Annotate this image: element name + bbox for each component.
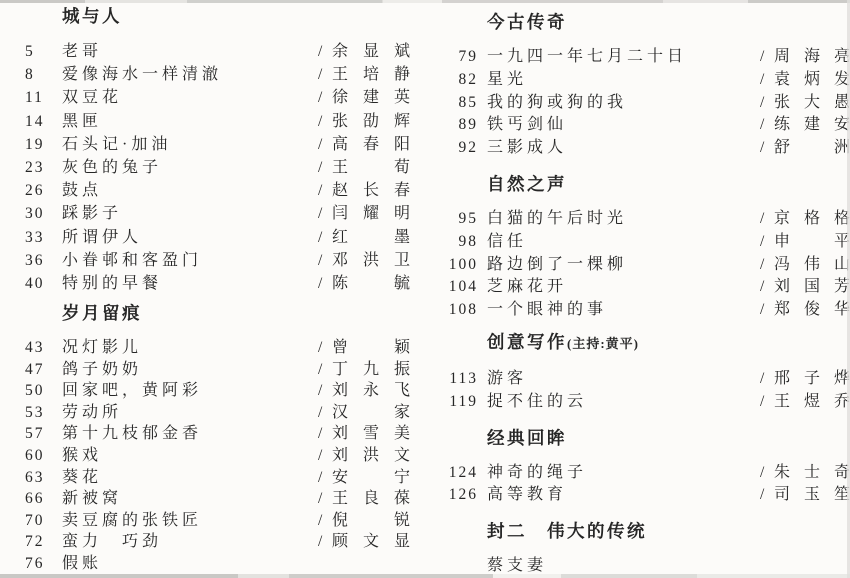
page-number: 108 xyxy=(410,299,478,322)
entry-author-group: /汉 家 xyxy=(318,402,410,424)
entry-author-group: /刘雪美 xyxy=(318,423,410,445)
entry-title: 游客 xyxy=(487,368,760,391)
entry-author: 陈 毓 xyxy=(332,272,410,295)
toc-row: 8爱像海水一样清澈/王培静 xyxy=(0,63,410,86)
toc-row: 89铁丐剑仙/练建安 xyxy=(410,114,850,137)
entry-title: 信任 xyxy=(487,231,760,254)
entry-author-group: /王 荀 xyxy=(318,156,410,179)
entry-title: 神奇的绳子 xyxy=(487,462,760,485)
toc-section: 自然之声95白猫的午后时光/京格格98信任/申 平100路边倒了一棵柳/冯伟山1… xyxy=(410,172,850,322)
toc-row: 104芝麻花开/刘国芳 xyxy=(410,276,850,299)
author-separator: / xyxy=(760,114,774,137)
entry-author-group: /申 平 xyxy=(760,231,850,254)
section-title: 封二 伟大的传统 xyxy=(410,519,850,543)
section-title: 今古传奇 xyxy=(410,10,850,34)
entry-author: 王 荀 xyxy=(332,156,410,179)
page-number: 11 xyxy=(0,86,52,109)
toc-row: 119捉不住的云/王煜乔 xyxy=(410,391,850,414)
entry-author: 顾文显 xyxy=(332,531,410,553)
author-separator: / xyxy=(760,231,774,254)
author-separator: / xyxy=(318,467,332,489)
entry-author-group: /刘洪文 xyxy=(318,445,410,467)
author-separator: / xyxy=(760,276,774,299)
toc-column-left: 城与人5老哥/余显斌8爱像海水一样清澈/王培静11双豆花/徐建英14黑匣/张劭辉… xyxy=(0,0,410,578)
entry-author-group: /余显斌 xyxy=(318,40,410,63)
entry-author-group: /张大愚 xyxy=(760,92,850,115)
toc-section: 今古传奇79一九四一年七月二十日/周海亮82星光/袁炳发85我的狗或狗的我/张大… xyxy=(410,10,850,160)
toc-row: 66新被窝/王良葆 xyxy=(0,488,410,510)
entry-title: 老哥 xyxy=(62,40,318,63)
entry-author-group: /红 墨 xyxy=(318,226,410,249)
entry-title: 葵花 xyxy=(62,467,318,489)
entry-author-group: /邓洪卫 xyxy=(318,249,410,272)
entry-author: 司玉笙 xyxy=(774,484,850,507)
entry-author: 王良葆 xyxy=(332,488,410,510)
toc-section: 创意写作(主持:黄平)113游客/邢子烨119捉不住的云/王煜乔 xyxy=(410,330,850,414)
section-title: 城与人 xyxy=(0,4,410,28)
page-number: 82 xyxy=(410,69,478,92)
entry-author-group: /陈 毓 xyxy=(318,272,410,295)
entry-title: 特别的早餐 xyxy=(62,272,318,295)
page-number: 126 xyxy=(410,484,478,507)
author-separator: / xyxy=(760,391,774,414)
entry-author-group: /司玉笙 xyxy=(760,484,850,507)
entry-author: 朱士奇 xyxy=(774,462,850,485)
page-number: 33 xyxy=(0,226,52,249)
entry-title: 卖豆腐的张铁匠 xyxy=(62,510,318,532)
toc-row: 30踩影子/闫耀明 xyxy=(0,202,410,225)
author-separator: / xyxy=(318,531,332,553)
entry-author: 曾 颖 xyxy=(332,337,410,359)
toc-row: 53劳动所/汉 家 xyxy=(0,402,410,424)
author-separator: / xyxy=(760,46,774,69)
entry-title: 星光 xyxy=(487,69,760,92)
page-number: 23 xyxy=(0,156,52,179)
toc-row: 33所谓伊人/红 墨 xyxy=(0,226,410,249)
entry-title: 假账 xyxy=(62,553,318,575)
entry-author-group: /顾文显 xyxy=(318,531,410,553)
page-number: 119 xyxy=(410,391,478,414)
section-title: 自然之声 xyxy=(410,172,850,196)
entry-author: 周海亮 xyxy=(774,46,850,69)
toc-row: 40特别的早餐/陈 毓 xyxy=(0,272,410,295)
entry-title: 新被窝 xyxy=(62,488,318,510)
entry-author: 王煜乔 xyxy=(774,391,850,414)
entry-title: 蔡支妻 xyxy=(487,555,760,578)
entry-author: 倪 锐 xyxy=(332,510,410,532)
entry-author-group: /张劭辉 xyxy=(318,110,410,133)
entry-title: 鼓点 xyxy=(62,179,318,202)
entry-author-group: /闫耀明 xyxy=(318,202,410,225)
entry-title: 回家吧，黄阿彩 xyxy=(62,380,318,402)
entry-title: 石头记·加油 xyxy=(62,133,318,156)
entry-author: 袁炳发 xyxy=(774,69,850,92)
entry-author: 刘永飞 xyxy=(332,380,410,402)
toc-row: 70卖豆腐的张铁匠/倪 锐 xyxy=(0,510,410,532)
entry-author: 邓洪卫 xyxy=(332,249,410,272)
author-separator: / xyxy=(318,40,332,63)
author-separator: / xyxy=(760,69,774,92)
author-separator: / xyxy=(318,86,332,109)
toc-section: 经典回眸124神奇的绳子/朱士奇126高等教育/司玉笙 xyxy=(410,426,850,508)
toc-row: 47鸽子奶奶/丁九振 xyxy=(0,359,410,381)
toc-row: 60猴戏/刘洪文 xyxy=(0,445,410,467)
toc-row: 98信任/申 平 xyxy=(410,231,850,254)
toc-row: 26鼓点/赵长春 xyxy=(0,179,410,202)
toc-row: 76假账 xyxy=(0,553,410,575)
author-separator: / xyxy=(318,179,332,202)
entry-title: 第十九枝郁金香 xyxy=(62,423,318,445)
toc-row: 36小眷邨和客盈门/邓洪卫 xyxy=(0,249,410,272)
page-number: 66 xyxy=(0,488,52,510)
entry-author-group: /曾 颖 xyxy=(318,337,410,359)
author-separator: / xyxy=(760,484,774,507)
page-number: 70 xyxy=(0,510,52,532)
toc-row: 57第十九枝郁金香/刘雪美 xyxy=(0,423,410,445)
page-number: 40 xyxy=(0,272,52,295)
entry-author: 京格格 xyxy=(774,208,850,231)
toc-row: 19石头记·加油/高春阳 xyxy=(0,133,410,156)
toc-row: 5老哥/余显斌 xyxy=(0,40,410,63)
page-number: 63 xyxy=(0,467,52,489)
entry-title: 劳动所 xyxy=(62,402,318,424)
entry-author-group: /刘国芳 xyxy=(760,276,850,299)
entry-title: 爱像海水一样清澈 xyxy=(62,63,318,86)
toc-row: 95白猫的午后时光/京格格 xyxy=(410,208,850,231)
entry-author: 徐建英 xyxy=(332,86,410,109)
entry-title: 所谓伊人 xyxy=(62,226,318,249)
section-title-text: 创意写作 xyxy=(487,332,567,352)
page-number: 19 xyxy=(0,133,52,156)
page-number: 95 xyxy=(410,208,478,231)
page-number: 30 xyxy=(0,202,52,225)
entry-author: 丁九振 xyxy=(332,359,410,381)
entry-author: 汉 家 xyxy=(332,402,410,424)
entry-author-group: /徐建英 xyxy=(318,86,410,109)
entry-author: 舒 洲 xyxy=(774,137,850,160)
entry-title: 一九四一年七月二十日 xyxy=(487,46,760,69)
toc-row: 72蛮力 巧劲/顾文显 xyxy=(0,531,410,553)
entry-author-group: /郑俊华 xyxy=(760,299,850,322)
entry-author: 冯伟山 xyxy=(774,254,850,277)
page-number: 124 xyxy=(410,462,478,485)
section-title-text: 城与人 xyxy=(62,6,122,26)
entry-author: 刘洪文 xyxy=(332,445,410,467)
magazine-toc-page: 城与人5老哥/余显斌8爱像海水一样清澈/王培静11双豆花/徐建英14黑匣/张劭辉… xyxy=(0,0,850,578)
page-number: 53 xyxy=(0,402,52,424)
toc-row: 92三影成人/舒 洲 xyxy=(410,137,850,160)
entry-author: 余显斌 xyxy=(332,40,410,63)
entry-title: 白猫的午后时光 xyxy=(487,208,760,231)
entry-author-group: /王培静 xyxy=(318,63,410,86)
toc-row: 113游客/邢子烨 xyxy=(410,368,850,391)
entry-title: 小眷邨和客盈门 xyxy=(62,249,318,272)
entry-author-group: /王良葆 xyxy=(318,488,410,510)
toc-row: 50回家吧，黄阿彩/刘永飞 xyxy=(0,380,410,402)
page-number: 76 xyxy=(0,553,52,575)
toc-columns: 城与人5老哥/余显斌8爱像海水一样清澈/王培静11双豆花/徐建英14黑匣/张劭辉… xyxy=(0,0,850,578)
toc-row: 11双豆花/徐建英 xyxy=(0,86,410,109)
section-title: 创意写作(主持:黄平) xyxy=(410,330,850,356)
entry-title: 三影成人 xyxy=(487,137,760,160)
entry-title: 况灯影儿 xyxy=(62,337,318,359)
page-number: 43 xyxy=(0,337,52,359)
page-number: 14 xyxy=(0,110,52,133)
author-separator: / xyxy=(318,445,332,467)
section-title-text: 经典回眸 xyxy=(487,428,567,448)
entry-author-group: /刘永飞 xyxy=(318,380,410,402)
entry-title: 路边倒了一棵柳 xyxy=(487,254,760,277)
entry-author-group: /袁炳发 xyxy=(760,69,850,92)
author-separator: / xyxy=(318,226,332,249)
entry-author-group: /邢子烨 xyxy=(760,368,850,391)
toc-column-right: 今古传奇79一九四一年七月二十日/周海亮82星光/袁炳发85我的狗或狗的我/张大… xyxy=(410,0,850,578)
entry-author: 王培静 xyxy=(332,63,410,86)
author-separator: / xyxy=(318,272,332,295)
entry-author: 张大愚 xyxy=(774,92,850,115)
entry-author: 红 墨 xyxy=(332,226,410,249)
author-separator: / xyxy=(318,380,332,402)
author-separator: / xyxy=(318,359,332,381)
author-separator: / xyxy=(760,254,774,277)
entry-author-group: /周海亮 xyxy=(760,46,850,69)
page-number: 72 xyxy=(0,531,52,553)
author-separator: / xyxy=(760,92,774,115)
toc-row: 蔡支妻 xyxy=(410,555,850,578)
toc-section: 城与人5老哥/余显斌8爱像海水一样清澈/王培静11双豆花/徐建英14黑匣/张劭辉… xyxy=(0,4,410,295)
entry-author-group: /京格格 xyxy=(760,208,850,231)
toc-section: 岁月留痕43况灯影儿/曾 颖47鸽子奶奶/丁九振50回家吧，黄阿彩/刘永飞53劳… xyxy=(0,301,410,575)
entry-author: 高春阳 xyxy=(332,133,410,156)
entry-title: 铁丐剑仙 xyxy=(487,114,760,137)
entry-title: 捉不住的云 xyxy=(487,391,760,414)
toc-row: 79一九四一年七月二十日/周海亮 xyxy=(410,46,850,69)
author-separator: / xyxy=(318,510,332,532)
entry-title: 猴戏 xyxy=(62,445,318,467)
author-separator: / xyxy=(318,423,332,445)
toc-row: 43况灯影儿/曾 颖 xyxy=(0,337,410,359)
author-separator: / xyxy=(318,402,332,424)
author-separator: / xyxy=(318,133,332,156)
section-title: 岁月留痕 xyxy=(0,301,410,325)
entry-author: 张劭辉 xyxy=(332,110,410,133)
entry-author-group: /练建安 xyxy=(760,114,850,137)
entry-title: 鸽子奶奶 xyxy=(62,359,318,381)
author-separator: / xyxy=(318,202,332,225)
page-number: 50 xyxy=(0,380,52,402)
author-separator: / xyxy=(318,488,332,510)
entry-author: 刘雪美 xyxy=(332,423,410,445)
author-separator: / xyxy=(318,63,332,86)
page-number: 98 xyxy=(410,231,478,254)
toc-row: 100路边倒了一棵柳/冯伟山 xyxy=(410,254,850,277)
author-separator: / xyxy=(318,337,332,359)
entry-title: 芝麻花开 xyxy=(487,276,760,299)
entry-author: 刘国芳 xyxy=(774,276,850,299)
author-separator: / xyxy=(318,249,332,272)
entry-author: 赵长春 xyxy=(332,179,410,202)
page-number: 5 xyxy=(0,40,52,63)
entry-title: 灰色的兔子 xyxy=(62,156,318,179)
page-number: 104 xyxy=(410,276,478,299)
entry-author-group: /安 宁 xyxy=(318,467,410,489)
toc-row: 124神奇的绳子/朱士奇 xyxy=(410,462,850,485)
page-number: 60 xyxy=(0,445,52,467)
entry-author: 安 宁 xyxy=(332,467,410,489)
entry-author-group: /冯伟山 xyxy=(760,254,850,277)
section-title-text: 岁月留痕 xyxy=(62,303,142,323)
page-number: 79 xyxy=(410,46,478,69)
entry-author-group: /朱士奇 xyxy=(760,462,850,485)
section-title-text: 自然之声 xyxy=(487,174,567,194)
entry-author-group: /倪 锐 xyxy=(318,510,410,532)
entry-title: 蛮力 巧劲 xyxy=(62,531,318,553)
toc-row: 85我的狗或狗的我/张大愚 xyxy=(410,92,850,115)
page-number: 36 xyxy=(0,249,52,272)
entry-title: 踩影子 xyxy=(62,202,318,225)
page-number: 85 xyxy=(410,92,478,115)
entry-author: 练建安 xyxy=(774,114,850,137)
entry-title: 一个眼神的事 xyxy=(487,299,760,322)
author-separator: / xyxy=(318,156,332,179)
toc-row: 126高等教育/司玉笙 xyxy=(410,484,850,507)
toc-row: 14黑匣/张劭辉 xyxy=(0,110,410,133)
entry-author: 申 平 xyxy=(774,231,850,254)
page-number: 26 xyxy=(0,179,52,202)
author-separator: / xyxy=(760,299,774,322)
author-separator: / xyxy=(760,208,774,231)
toc-row: 23灰色的兔子/王 荀 xyxy=(0,156,410,179)
page-number: 89 xyxy=(410,114,478,137)
page-number: 113 xyxy=(410,368,478,391)
section-title-text: 封二 伟大的传统 xyxy=(487,521,647,541)
entry-author-group: /高春阳 xyxy=(318,133,410,156)
page-number: 57 xyxy=(0,423,52,445)
entry-author-group: /赵长春 xyxy=(318,179,410,202)
page-number: 92 xyxy=(410,137,478,160)
entry-author-group: /王煜乔 xyxy=(760,391,850,414)
entry-title: 双豆花 xyxy=(62,86,318,109)
entry-author: 郑俊华 xyxy=(774,299,850,322)
section-host-label: (主持:黄平) xyxy=(567,336,639,351)
toc-row: 108一个眼神的事/郑俊华 xyxy=(410,299,850,322)
author-separator: / xyxy=(760,137,774,160)
entry-title: 我的狗或狗的我 xyxy=(487,92,760,115)
author-separator: / xyxy=(318,110,332,133)
author-separator: / xyxy=(760,462,774,485)
entry-title: 高等教育 xyxy=(487,484,760,507)
toc-row: 82星光/袁炳发 xyxy=(410,69,850,92)
entry-author-group: /舒 洲 xyxy=(760,137,850,160)
toc-section: 封二 伟大的传统蔡支妻 xyxy=(410,519,850,578)
entry-author: 闫耀明 xyxy=(332,202,410,225)
entry-author-group: /丁九振 xyxy=(318,359,410,381)
page-number: 8 xyxy=(0,63,52,86)
page-number: 47 xyxy=(0,359,52,381)
section-title: 经典回眸 xyxy=(410,426,850,450)
author-separator: / xyxy=(760,368,774,391)
page-number: 100 xyxy=(410,254,478,277)
section-title-text: 今古传奇 xyxy=(487,12,567,32)
toc-row: 63葵花/安 宁 xyxy=(0,467,410,489)
entry-author: 邢子烨 xyxy=(774,368,850,391)
entry-title: 黑匣 xyxy=(62,110,318,133)
